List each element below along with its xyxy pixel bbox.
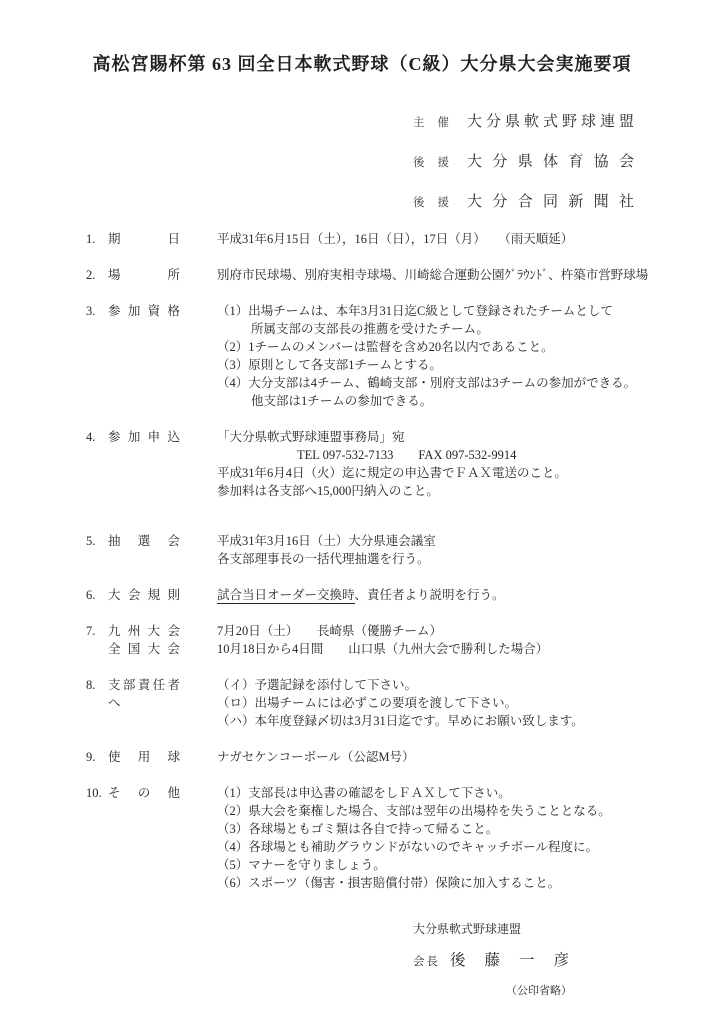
section-rules: 6. 大会規則 試合当日オーダー交換時、責任者より説明を行う。 <box>86 586 704 604</box>
section-line: （2）1チームのメンバーは監督を含め20名以内であること。 <box>217 338 704 356</box>
section-line: （イ）予選記録を添付して下さい。 <box>217 676 704 694</box>
section-line: 10月18日から4日間 山口県（九州大会で勝利した場合） <box>217 640 704 658</box>
sponsor-label: 後援 <box>413 194 449 210</box>
section-application: 4. 参加申込 「大分県軟式野球連盟事務局」宛 TEL 097-532-7133… <box>86 428 704 500</box>
section-venue: 2. 場所 別府市民球場、別府実相寺球場、川崎総合運動公園ｸﾞﾗｳﾝﾄﾞ、杵築市… <box>86 266 704 284</box>
section-heading: 期日 <box>108 230 180 248</box>
section-line: 所属支部の支部長の推薦を受けたチーム。 <box>217 320 704 338</box>
document-page: 高松宮賜杯第 63 回全日本軟式野球（C級）大分県大会実施要項 主催 大分県軟式… <box>0 0 724 1024</box>
section-line: （4）大分支部は4チーム、鶴崎支部・別府支部は3チームの参加ができる。 <box>217 374 704 392</box>
section-line: （ロ）出場チームには必ずこの要項を渡して下さい。 <box>217 694 704 712</box>
section-line: （3）原則として各支部1チームとする。 <box>217 356 704 374</box>
section-eligibility: 3. 参加資格 （1）出場チームは、本年3月31日迄C級として登録されたチームと… <box>86 302 704 410</box>
section-miscellaneous: 10. その他 （1）支部長は申込書の確認をしＦＡＸして下さい。 （2）県大会を… <box>86 784 704 892</box>
sponsor-label: 後援 <box>413 154 449 170</box>
section-number: 5. <box>86 532 108 568</box>
sponsor-name: 大分合同新聞社 <box>467 190 634 211</box>
underlined-text: 試合当日オーダー交換時 <box>217 588 355 604</box>
section-number: 1. <box>86 230 108 248</box>
contact-phone-fax: TEL 097-532-7133 FAX 097-532-9914 <box>217 446 704 464</box>
footer-organization: 大分県軟式野球連盟 <box>413 920 724 938</box>
footer-role: 会長 <box>413 953 440 969</box>
section-line: 試合当日オーダー交換時、責任者より説明を行う。 <box>217 586 704 604</box>
section-number: 9. <box>86 748 108 766</box>
section-heading: 全国大会 <box>108 640 180 658</box>
section-line: 「大分県軟式野球連盟事務局」宛 <box>217 428 704 446</box>
section-line: 平成31年6月15日（土），16日（日），17日（月） （雨天順延） <box>217 230 704 248</box>
section-heading: 場所 <box>108 266 180 284</box>
section-number: 10. <box>86 784 108 892</box>
footer-president-name: 後藤一彦 <box>450 948 588 970</box>
section-line: （ハ）本年度登録〆切は3月31日迄です。早めにお願い致します。 <box>217 712 704 730</box>
section-line: 平成31年6月4日（火）迄に規定の申込書でＦＡＸ電送のこと。 <box>217 464 704 482</box>
section-line: （5）マナーを守りましょう。 <box>217 856 704 874</box>
section-heading: その他 <box>108 784 180 802</box>
section-number: 7. <box>86 622 108 640</box>
section-line: （3）各球場ともゴミ類は各自で持って帰ること。 <box>217 820 704 838</box>
sponsor-row: 後援 大分県体育協会 <box>413 150 724 168</box>
footer-seal-note: （公印省略） <box>506 982 724 998</box>
section-heading: 支部責任者へ <box>108 676 180 712</box>
section-number <box>86 640 108 658</box>
section-number: 6. <box>86 586 108 604</box>
section-heading: 九州大会 <box>108 622 180 640</box>
section-heading: 参加申込 <box>108 428 180 446</box>
section-official-ball: 9. 使用球 ナガセケンコーボール（公認M号） <box>86 748 704 766</box>
section-line: 7月20日（土） 長崎県（優勝チーム） <box>217 622 704 640</box>
document-title: 高松宮賜杯第 63 回全日本軟式野球（C級）大分県大会実施要項 <box>0 0 724 76</box>
section-lottery: 5. 抽選会 平成31年3月16日（土）大分県連会議室 各支部理事長の一括代理抽… <box>86 532 704 568</box>
section-number: 4. <box>86 428 108 500</box>
sponsor-row: 後援 大分合同新聞社 <box>413 190 724 208</box>
section-branch-officers: 8. 支部責任者へ （イ）予選記録を添付して下さい。 （ロ）出場チームには必ずこ… <box>86 676 704 730</box>
section-line: 参加料は各支部へ15,000円納入のこと。 <box>217 482 704 500</box>
section-heading: 抽選会 <box>108 532 180 550</box>
section-national-tournament: 全国大会 10月18日から4日間 山口県（九州大会で勝利した場合） <box>86 640 704 658</box>
section-line: （2）県大会を棄権した場合、支部は翌年の出場枠を失うこととなる。 <box>217 802 704 820</box>
sponsor-label: 主催 <box>413 114 449 130</box>
section-kyushu-tournament: 7. 九州大会 7月20日（土） 長崎県（優勝チーム） <box>86 622 704 640</box>
section-number: 3. <box>86 302 108 410</box>
section-date: 1. 期日 平成31年6月15日（土），16日（日），17日（月） （雨天順延） <box>86 230 704 248</box>
sponsor-name: 大分県軟式野球連盟 <box>467 110 634 131</box>
section-number: 2. <box>86 266 108 284</box>
document-body: 1. 期日 平成31年6月15日（土），16日（日），17日（月） （雨天順延）… <box>0 230 724 892</box>
section-line: 各支部理事長の一括代理抽選を行う。 <box>217 550 704 568</box>
section-heading: 使用球 <box>108 748 180 766</box>
section-heading: 参加資格 <box>108 302 180 320</box>
sponsor-row: 主催 大分県軟式野球連盟 <box>413 110 724 128</box>
section-line: （1）出場チームは、本年3月31日迄C級として登録されたチームとして <box>217 302 704 320</box>
section-line: （4）各球場とも補助グラウンドがないのでキャッチボール程度に。 <box>217 838 704 856</box>
sponsor-name: 大分県体育協会 <box>467 150 634 171</box>
section-number: 8. <box>86 676 108 730</box>
section-line: 別府市民球場、別府実相寺球場、川崎総合運動公園ｸﾞﾗｳﾝﾄﾞ、杵築市営野球場 <box>217 266 704 284</box>
signature-block: 大分県軟式野球連盟 会長 後藤一彦 （公印省略） <box>413 920 724 998</box>
section-line: 平成31年3月16日（土）大分県連会議室 <box>217 532 704 550</box>
section-heading: 大会規則 <box>108 586 180 604</box>
section-line: （6）スポーツ（傷害・損害賠償付帯）保険に加入すること。 <box>217 874 704 892</box>
sponsor-block: 主催 大分県軟式野球連盟 後援 大分県体育協会 後援 大分合同新聞社 <box>413 110 724 208</box>
section-line: （1）支部長は申込書の確認をしＦＡＸして下さい。 <box>217 784 704 802</box>
section-line-rest: 、責任者より説明を行う。 <box>355 588 505 602</box>
section-line: ナガセケンコーボール（公認M号） <box>217 748 704 766</box>
section-line: 他支部は1チームの参加できる。 <box>217 392 704 410</box>
